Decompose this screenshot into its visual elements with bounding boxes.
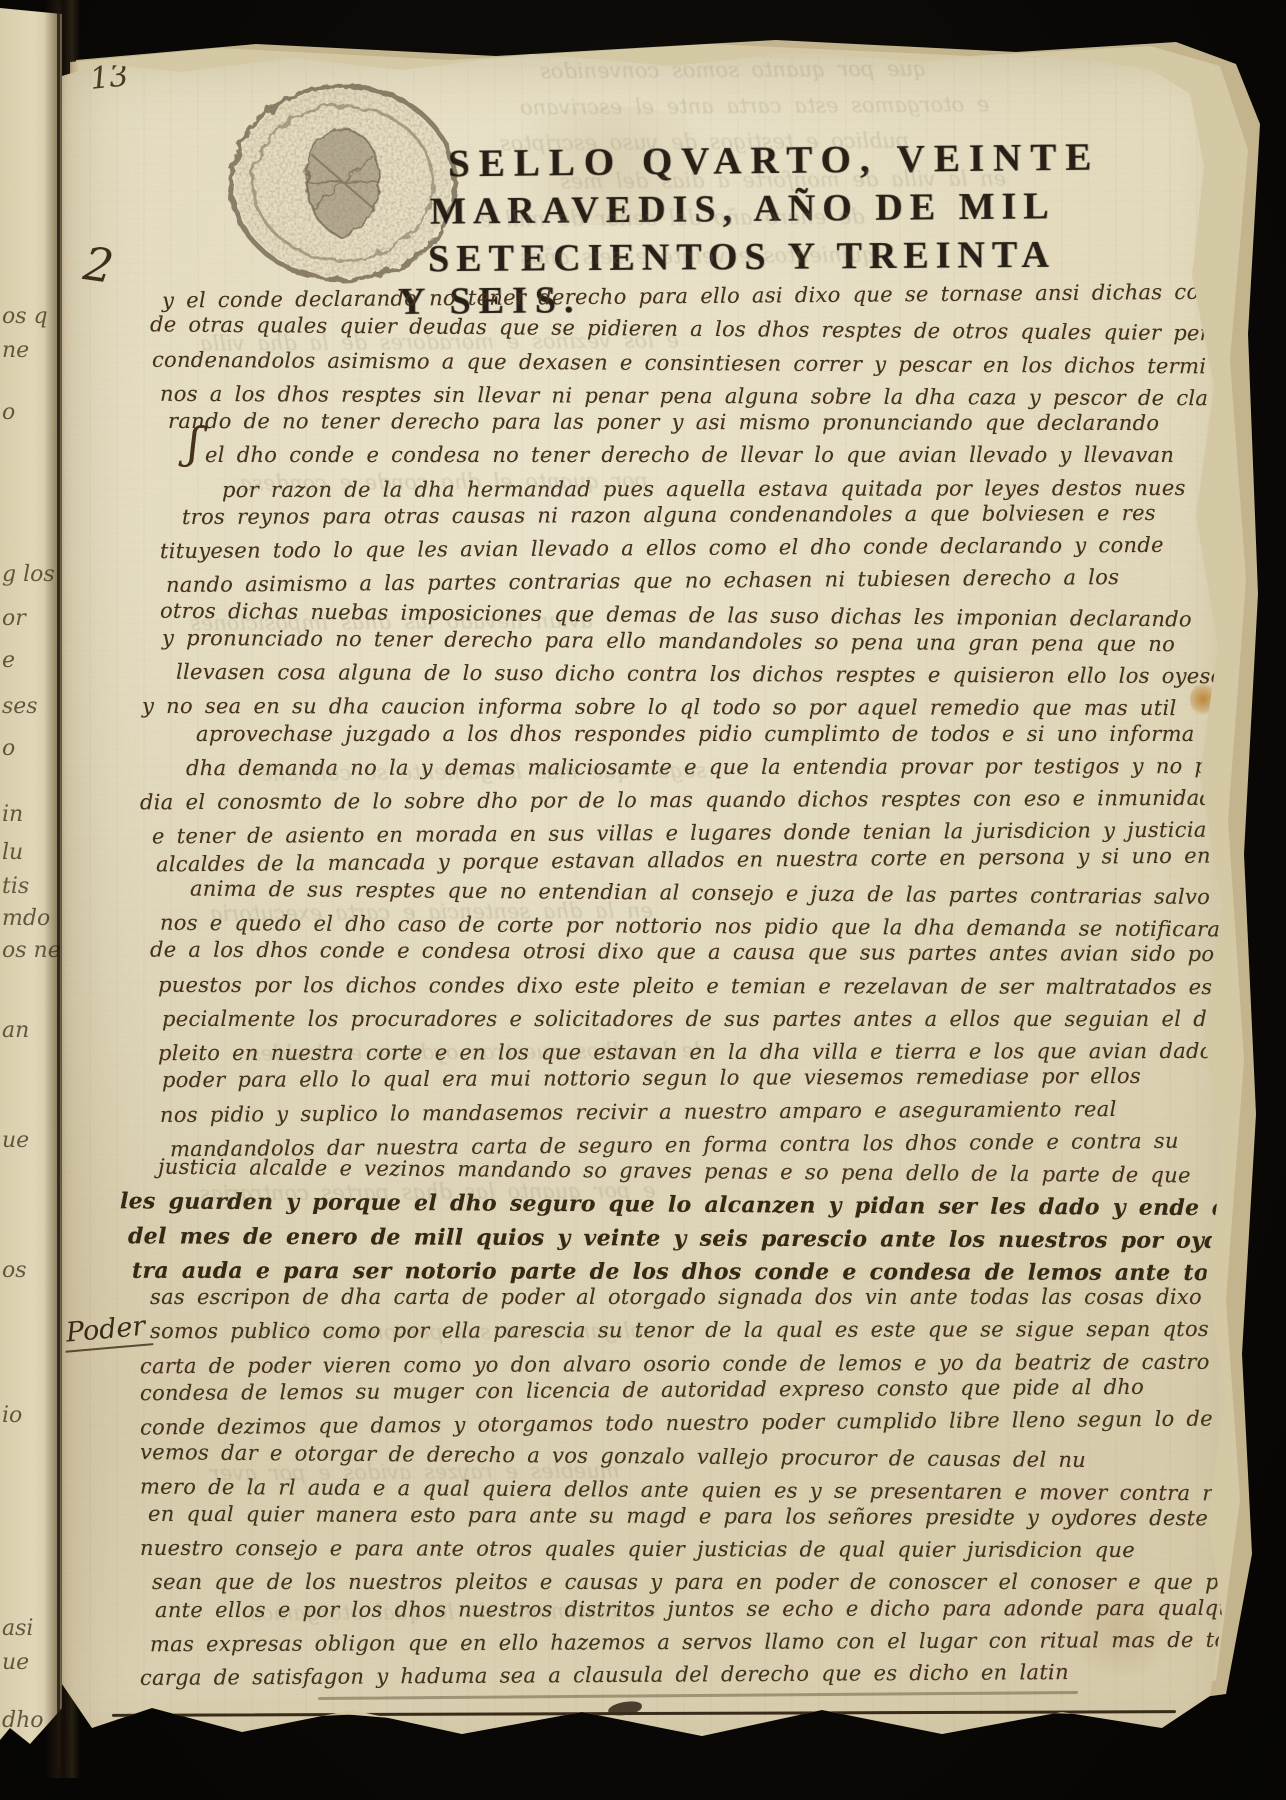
manuscript-line: somos publico como por ella parescia su …	[150, 1317, 1280, 1343]
facing-page-text-fragment: ue	[2, 1128, 29, 1153]
manuscript-line: en qual quier manera esto para ante su m…	[148, 1502, 1208, 1530]
manuscript-line: poder para ello lo qual era mui nottorio…	[162, 1064, 1141, 1092]
manuscript-line: sas escripon de dha carta de poder al ot…	[150, 1285, 1202, 1309]
manuscript-line: nos e quedo el dho caso de corte por not…	[160, 911, 1220, 942]
facing-page-text-fragment: ne	[2, 338, 29, 363]
manuscript-line: de a los dhos conde e condesa otrosi dix…	[150, 938, 1286, 967]
manuscript-line: rando de no tener derecho para las poner…	[168, 409, 1159, 435]
facing-page-text-fragment: tis	[2, 874, 29, 899]
facing-page-text-fragment: in	[2, 802, 23, 827]
facing-page-text-fragment: e	[2, 648, 15, 673]
manuscript-line: puestos por los dichos condes dixo este …	[158, 972, 1213, 998]
facing-page-text-fragment: os q	[2, 304, 48, 329]
manuscript-line: carga de satisfagon y haduma sea a claus…	[140, 1660, 1069, 1690]
manuscript-line: de otras quales quier deudas que se pidi…	[150, 313, 1272, 346]
manuscript-line: nos pidio y suplico lo mandasemos recivi…	[160, 1096, 1117, 1126]
facing-page-text-fragment: lu	[2, 840, 23, 865]
manuscript-line: mero de la rl auda e a qual quiera dello…	[140, 1474, 1240, 1505]
manuscript-line: vemos dar e otorgar de derecho a vos gon…	[140, 1440, 1086, 1472]
facing-page-text-fragment: an	[2, 1018, 29, 1043]
manuscript-line: nuestro consejo e para ante otros quales…	[140, 1536, 1135, 1562]
manuscript-line: y pronunciado no tener derecho para ello…	[162, 626, 1175, 656]
facing-page-text-fragment: o	[2, 736, 15, 761]
deckle-edge-highlight-bottom	[62, 1728, 1242, 1758]
facing-page-text-fragment: os	[2, 1258, 27, 1283]
facing-page-text-fragment: dho	[2, 1708, 44, 1733]
manuscript-line: tra auda e para ser notorio parte de los…	[132, 1257, 1286, 1286]
manuscript-line: justicia alcalde e vezinos mandando so g…	[158, 1155, 1191, 1188]
facing-page-text-fragment: o	[2, 400, 15, 425]
manuscript-line: condesa de lemos su muger con licencia d…	[140, 1375, 1144, 1405]
manuscript-line: conde dezimos que damos y otorgamos todo…	[140, 1407, 1213, 1440]
binding-seam-line	[57, 4, 60, 1768]
manuscript-line: pleito en nuestra corte e en los que est…	[158, 1039, 1251, 1065]
manuscript-line: ante ellos e por los dhos nuestros distr…	[155, 1595, 1275, 1621]
manuscript-line: del mes de enero de mill quios y veinte …	[128, 1223, 1286, 1254]
facing-page-text-fragment: ses	[2, 694, 38, 719]
manuscript-line: mas expresas obligon que en ello hazemos…	[150, 1627, 1254, 1656]
manuscript-line: les guarden y porque el dho seguro que l…	[120, 1188, 1286, 1222]
manuscript-line: y el conde declarando no tener derecho p…	[162, 280, 1233, 313]
manuscript-photo-canvas: os qneog losoresesoinlutismdoos neanueos…	[0, 0, 1286, 1800]
handwritten-text-block: y el conde declarando no tener derecho p…	[62, 46, 1242, 1758]
manuscript-line: dha demanda no la y demas maliciosamte e…	[186, 754, 1286, 780]
manuscript-line: y no sea en su dha caucion informa sobre…	[142, 694, 1177, 720]
manuscript-line: por razon de la dha hermandad pues aquel…	[222, 475, 1186, 501]
manuscript-line: dia el conosmto de lo sobre dho por de l…	[140, 786, 1237, 815]
facing-page-text-fragment: mdo	[2, 906, 50, 931]
manuscript-line: carta de poder vieren como yo don alvaro…	[140, 1349, 1210, 1377]
facing-page-text-fragment: ue	[2, 1650, 29, 1675]
manuscript-line: anima de sus resptes que no entendian al…	[190, 876, 1270, 909]
manuscript-line: condenandolos asimismo a que dexasen e c…	[152, 347, 1206, 378]
facing-page-text-fragment: io	[2, 1403, 22, 1428]
manuscript-line: tros reynos para otras causas ni razon a…	[182, 501, 1156, 529]
manuscript-line: alcaldes de la mancada y porque estavan …	[156, 843, 1211, 876]
manuscript-page: 13 SELLO QVARTO, VEINT	[62, 46, 1242, 1758]
manuscript-line: sean que de los nuestros pleitos e causa…	[152, 1570, 1286, 1594]
manuscript-line: aprovechase juzgado a los dhos respondes…	[196, 722, 1279, 746]
manuscript-line: pecialmente los procuradores e solicitad…	[162, 1007, 1234, 1031]
manuscript-line: el dho conde e condesa no tener derecho …	[205, 443, 1174, 467]
facing-page-text-fragment: asi	[2, 1616, 33, 1641]
manuscript-line: nando asimismo a las partes contrarias q…	[166, 565, 1119, 597]
manuscript-line: nos a los dhos resptes sin llevar ni pen…	[160, 382, 1208, 410]
facing-page-text-fragment: or	[2, 606, 26, 631]
manuscript-line: llevasen cosa alguna de lo suso dicho co…	[176, 660, 1237, 688]
manuscript-line: tituyesen todo lo que les avian llevado …	[160, 533, 1164, 563]
